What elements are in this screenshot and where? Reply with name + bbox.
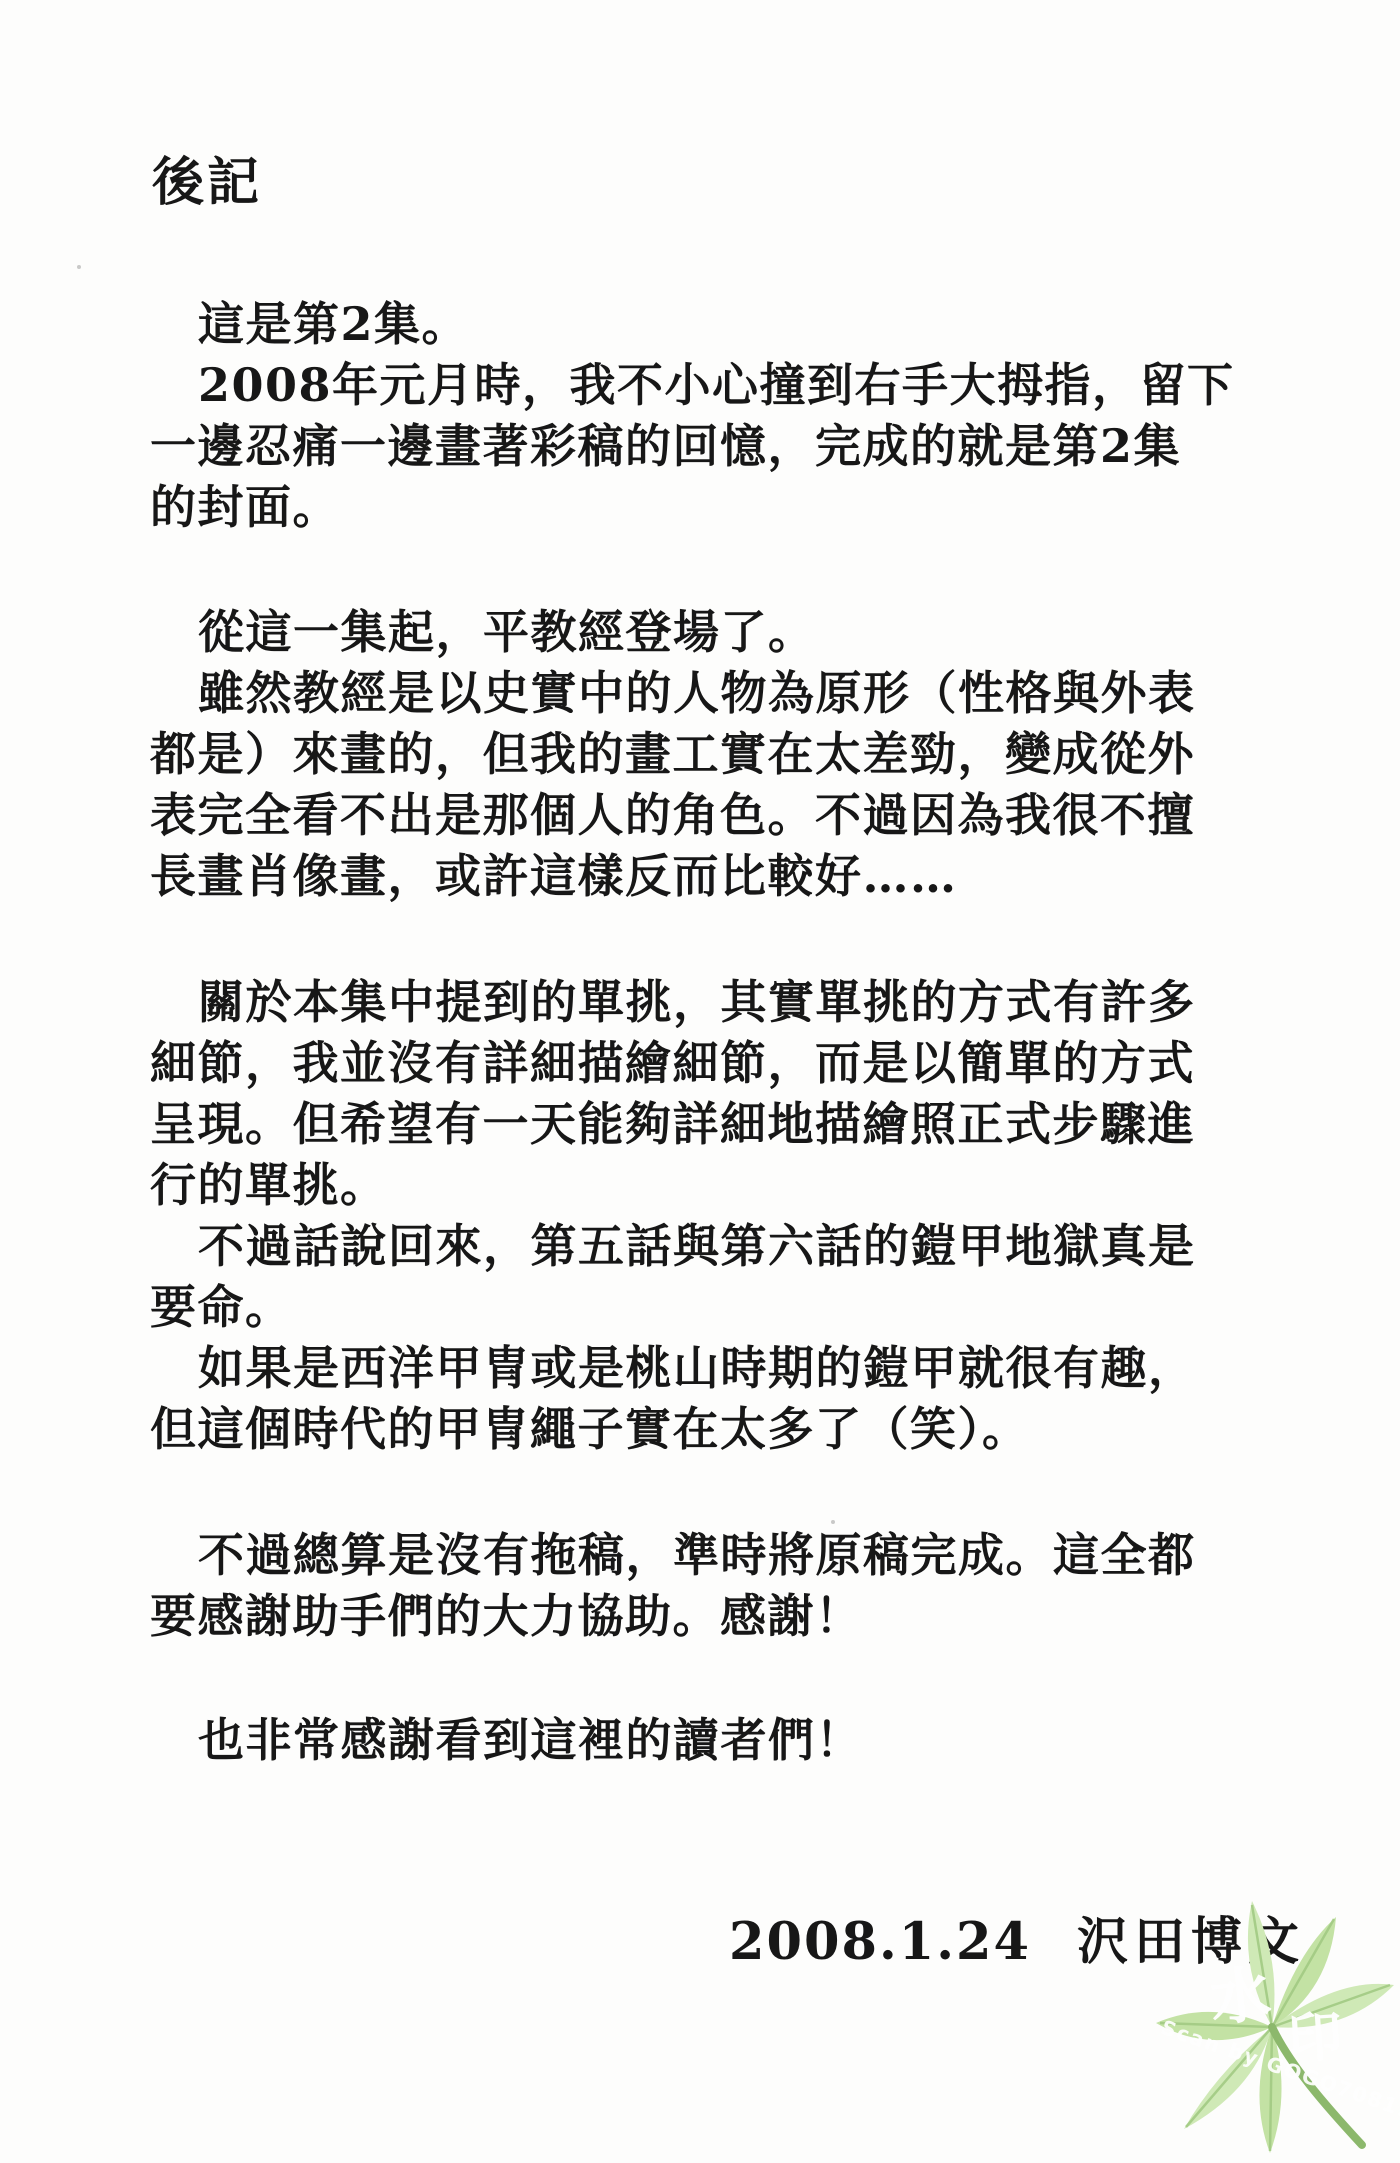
body-line: 也非常感謝看到這裡的讀者們！ — [150, 1713, 863, 1768]
body-line: 如果是西洋甲冑或是桃山時期的鎧甲就很有趣， — [150, 1341, 1196, 1396]
date-text: 2008.1.24 — [729, 1912, 1031, 1972]
body-line: 細節，我並沒有詳細描繪細節，而是以簡單的方式 — [150, 1036, 1195, 1091]
body-line: 一邊忍痛一邊畫著彩稿的回憶，完成的就是第2集 — [150, 419, 1181, 474]
body-line: 這是第2集。 — [150, 297, 469, 352]
body-line: 從這一集起，平教經登場了。 — [150, 605, 816, 660]
body-line: 要感謝助手們的大力協助。感謝！ — [150, 1589, 863, 1644]
scan-speck — [831, 1520, 835, 1524]
scanlation-watermark: 水 印 Scan by GOGO70811 — [1150, 1895, 1400, 2163]
watermark-char-shui: 水 — [1206, 1946, 1275, 2038]
body-line: 但這個時代的甲冑繩子實在太多了（笑）。 — [150, 1402, 1030, 1457]
body-line: 2008年元月時，我不小心撞到右手大拇指，留下 — [150, 358, 1235, 413]
body-line: 關於本集中提到的單挑，其實單挑的方式有許多 — [150, 975, 1196, 1030]
body-line: 都是）來畫的，但我的畫工實在太差勁，變成從外 — [150, 727, 1195, 782]
scan-speck — [77, 265, 81, 269]
page-title: 後記 — [152, 140, 262, 215]
body-line: 行的單挑。 — [150, 1158, 388, 1213]
body-line: 雖然教經是以史實中的人物為原形（性格與外表 — [150, 666, 1196, 721]
body-line: 要命。 — [150, 1280, 293, 1335]
body-line: 呈現。但希望有一天能夠詳細地描繪照正式步驟進 — [150, 1097, 1195, 1152]
body-line: 不過話說回來，第五話與第六話的鎧甲地獄真是 — [150, 1219, 1196, 1274]
body-line: 表完全看不出是那個人的角色。不過因為我很不擅 — [150, 788, 1195, 843]
body-line: 長畫肖像畫，或許這樣反而比較好…… — [150, 849, 958, 904]
body-line: 不過總算是沒有拖稿，準時將原稿完成。這全都 — [150, 1528, 1196, 1583]
body-line: 的封面。 — [150, 480, 340, 535]
scanned-afterword-page: 後記 這是第2集。2008年元月時，我不小心撞到右手大拇指，留下一邊忍痛一邊畫著… — [0, 0, 1400, 2163]
scan-speck — [604, 1061, 608, 1065]
